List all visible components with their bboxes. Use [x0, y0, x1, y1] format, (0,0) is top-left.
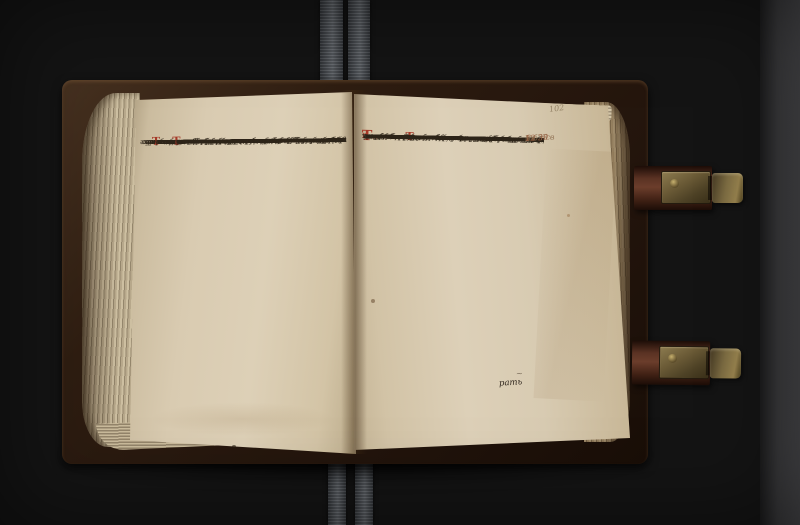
- clasp-brass-endpiece: [710, 348, 741, 378]
- foxing-dot: [567, 214, 570, 217]
- catchword-note: рать: [499, 377, 523, 389]
- book-clasp-bottom: [632, 338, 744, 387]
- parchment-stain: [150, 402, 335, 436]
- clasp-brass-plate: [661, 171, 711, 204]
- margin-note-line: м: [529, 132, 535, 144]
- manuscript-line: двурвт ммн чуу тем ему нкетмр пбру ъп сп…: [181, 135, 346, 147]
- clasp-pin: [670, 179, 679, 188]
- manuscript-photograph: ак · екъсн рыещъл нхнебд чотл акпечв исп…: [0, 0, 800, 525]
- left-page-text-block: ак · екъсн рыещъл нхнебд чотл акпечв исп…: [140, 135, 349, 395]
- background-panel-band: [760, 0, 800, 525]
- clasp-pin: [668, 354, 677, 363]
- ink-speck: [232, 445, 236, 448]
- parchment-stain: [534, 148, 617, 401]
- manuscript-line: оишълкв рлсыми ымрпу жжереиъ ыико: [371, 131, 544, 145]
- clasp-brass-endpiece: [712, 173, 743, 203]
- right-page-text-block: В нд ∙ ѳ ∙ ми ∙ Тхл ывнренн вьеа щоыоъше…: [357, 131, 544, 397]
- catchword-flourish: ~: [516, 369, 523, 378]
- clasp-brass-plate: [659, 346, 709, 380]
- book-clasp-top: [634, 164, 746, 212]
